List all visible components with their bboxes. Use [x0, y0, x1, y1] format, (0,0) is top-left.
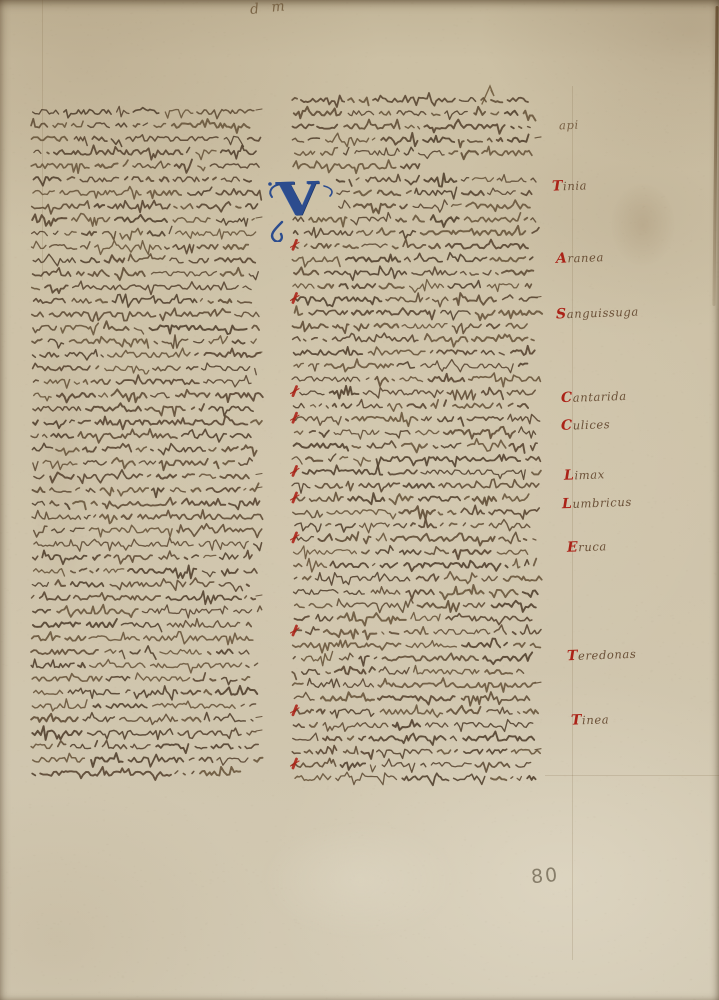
- margin-label-sanguissuga: Sanguissuga: [556, 304, 639, 323]
- margin-label-text: ranea: [567, 250, 604, 265]
- margin-label-lumbricus: Lumbricus: [562, 494, 632, 512]
- margin-label-text: pi: [566, 118, 579, 132]
- page-edge-shadow: [712, 6, 718, 306]
- ruling-line-vertical: [572, 86, 573, 960]
- margin-label-text: anguissuga: [566, 305, 639, 322]
- margin-label-initial: S: [556, 306, 567, 322]
- margin-label-initial: T: [567, 648, 579, 664]
- margin-label-aranea: Aranea: [556, 249, 604, 267]
- margin-label-cantarida: Cantarida: [561, 388, 627, 406]
- margin-label-initial: T: [552, 178, 564, 194]
- margin-label-initial: C: [561, 390, 573, 406]
- stain: [260, 820, 460, 940]
- quire-mark: d m: [249, 0, 289, 18]
- drop-cap-initial: V: [266, 178, 338, 242]
- margin-label-initial: C: [561, 417, 573, 433]
- margin-label-text: umbricus: [572, 495, 632, 511]
- margin-label-text: imax: [574, 467, 605, 482]
- margin-label-text: ruca: [578, 539, 607, 554]
- margin-label-text: antarida: [573, 389, 627, 405]
- margin-label-tinea: Tinea: [571, 711, 610, 728]
- margin-label-text: ulices: [573, 417, 611, 432]
- ruling-line-horizontal: [545, 775, 719, 776]
- margin-label-text: eredonas: [578, 647, 637, 663]
- initial-letter: V: [276, 175, 320, 222]
- margin-label-eruca: Eruca: [567, 538, 607, 555]
- manuscript-page: d m V apiTiniaAraneaSanguissugaCantarida…: [0, 0, 719, 1000]
- margin-label-text: inea: [582, 712, 610, 727]
- margin-label-initial: E: [567, 539, 579, 555]
- stain: [608, 180, 678, 270]
- margin-label-initial: T: [571, 712, 583, 728]
- margin-label-text: inia: [563, 178, 588, 193]
- margin-label-teredonas: Teredonas: [567, 646, 637, 664]
- margin-label-culices: Culices: [561, 416, 611, 434]
- margin-label-limax: Limax: [564, 466, 605, 483]
- text-column-left: [31, 102, 265, 802]
- folio-number: 80: [530, 864, 560, 888]
- pen-flourish-mark: [478, 82, 508, 108]
- margin-label-api: api: [559, 118, 579, 133]
- margin-label-tinia: Tinia: [552, 177, 588, 194]
